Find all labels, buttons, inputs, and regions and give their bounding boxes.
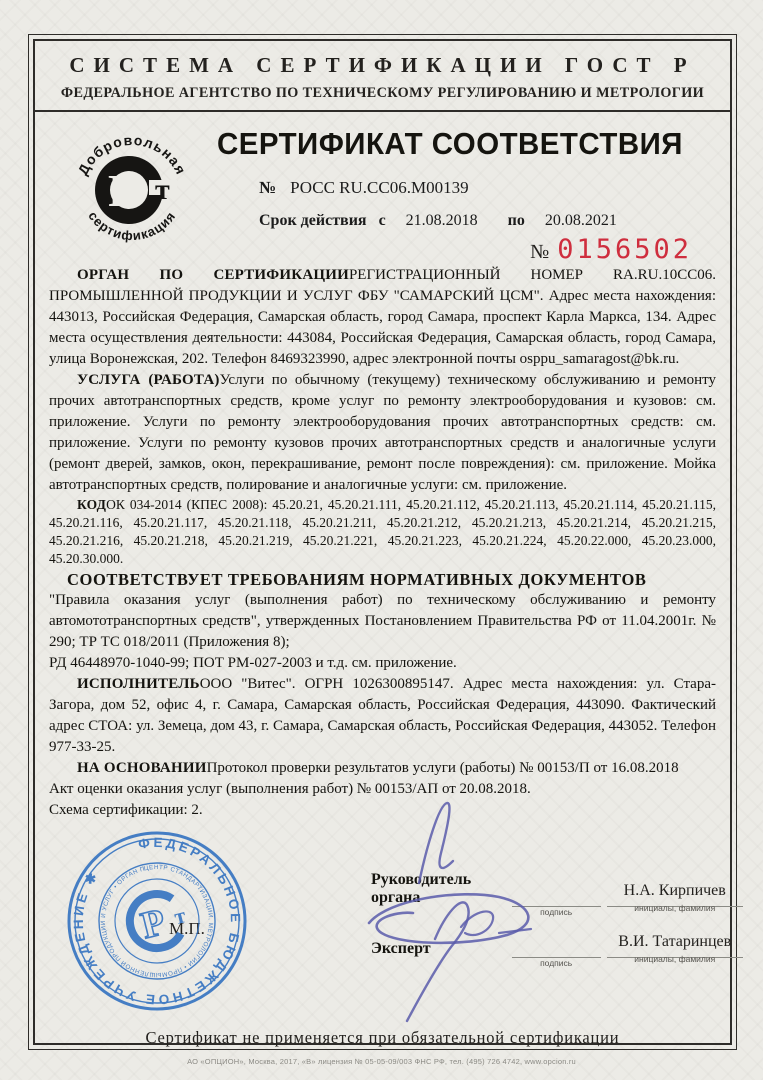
blank-number-sign: № <box>530 241 549 263</box>
service-paragraph: УСЛУГА (РАБОТА)Услуги по обычному (текущ… <box>49 370 716 496</box>
validity-line: Срок действия с 21.08.2018 по 20.08.2021 <box>259 212 716 230</box>
compliance-heading: СООТВЕТСТВУЕТ ТРЕБОВАНИЯМ НОРМАТИВНЫХ ДО… <box>67 570 716 590</box>
head-name: Н.А. Кирпичев инициалы, фамилия <box>607 882 744 907</box>
logo-letter-t: т <box>155 173 170 206</box>
usluga-lead: УСЛУГА (РАБОТА) <box>77 372 220 388</box>
agency-title: ФЕДЕРАЛЬНОЕ АГЕНТСТВО ПО ТЕХНИЧЕСКОМУ РЕ… <box>52 85 714 102</box>
stamp-center-letter-t: т <box>172 902 189 929</box>
basis-paragraph: НА ОСНОВАНИИПротокол проверки результато… <box>49 758 716 821</box>
certificate-frame: СИСТЕМА СЕРТИФИКАЦИИ ГОСТ Р ФЕДЕРАЛЬНОЕ … <box>28 34 737 1050</box>
ispolnitel-lead: ИСПОЛНИТЕЛЬ <box>77 676 200 692</box>
signature-zone: М.П. ФЕДЕРАЛЬНОЕ БЮДЖЕТНОЕ УЧРЕЖДЕНИЕ ✱ <box>49 833 716 1018</box>
certificate-page: { "header": { "line1": "СИСТЕМА СЕРТИФИК… <box>0 0 763 1080</box>
osnovanie-line-1: НА ОСНОВАНИИПротокол проверки результато… <box>49 758 716 779</box>
usluga-text: Услуги по обычному (текущему) техническо… <box>49 372 716 493</box>
validity-to-label: по <box>508 212 525 229</box>
kod-text: ОК 034-2014 (КПЕС 2008): 45.20.21, 45.20… <box>49 497 716 566</box>
organ-lead: ОРГАН ПО СЕРТИФИКАЦИИ <box>77 267 349 283</box>
certificate-number-line: №РОСС RU.CC06.M00139 <box>259 178 716 198</box>
head-signature-line: подпись <box>512 886 601 907</box>
blank-number-line: №0156502 <box>49 234 692 265</box>
number-sign: № <box>259 178 276 197</box>
validity-from-date: 21.08.2018 <box>406 212 478 229</box>
compliance-line-2: РД 46448970-1040-99; ПОТ РМ-027-2003 и т… <box>49 653 716 674</box>
stamp-inner-ring-text: ЦЕНТР СТАНДАРТИЗАЦИИ, МЕТРОЛОГИИ • ПРОМЫ… <box>36 805 226 1001</box>
system-title: СИСТЕМА СЕРТИФИКАЦИИ ГОСТ Р <box>45 53 720 78</box>
executor-paragraph: ИСПОЛНИТЕЛЬООО "Витес". ОГРН 10263008951… <box>49 674 716 758</box>
head-signature-row: Руководитель органа подпись Н.А. Кирпиче… <box>371 871 743 907</box>
certification-body-paragraph: ОРГАН ПО СЕРТИФИКАЦИИРЕГИСТРАЦИОННЫЙ НОМ… <box>49 265 716 370</box>
head-role-label: Руководитель органа <box>371 871 506 907</box>
validity-label: Срок действия <box>259 212 367 229</box>
osnovanie-lead: НА ОСНОВАНИИ <box>77 760 207 776</box>
compliance-line-1: "Правила оказания услуг (выполнения рабо… <box>49 590 716 653</box>
expert-name-text: В.И. Татаринцев <box>618 933 731 950</box>
head-name-sublabel: инициалы, фамилия <box>607 903 744 913</box>
logo-letter-r: Р <box>108 165 136 216</box>
expert-name-sublabel: инициалы, фамилия <box>607 954 744 964</box>
expert-signature-line: подпись <box>512 937 601 958</box>
signature-block: Руководитель органа подпись Н.А. Кирпиче… <box>371 871 743 984</box>
official-stamp: ФЕДЕРАЛЬНОЕ БЮДЖЕТНОЕ УЧРЕЖДЕНИЕ ✱ ЦЕНТР… <box>57 821 257 1021</box>
certificate-inner-frame: СИСТЕМА СЕРТИФИКАЦИИ ГОСТ Р ФЕДЕРАЛЬНОЕ … <box>33 39 732 1045</box>
code-paragraph: КОДОК 034-2014 (КПЕС 2008): 45.20.21, 45… <box>49 496 716 568</box>
certificate-title: СЕРТИФИКАТ СООТВЕТСТВИЯ <box>217 126 691 162</box>
certificate-body: Добровольная сертификация Р т СЕРТИФИКАТ… <box>35 112 730 1048</box>
osnovanie-line-2: Акт оценки оказания услуг (выполнения ра… <box>49 779 716 800</box>
bottom-note: Сертификат не применяется при обязательн… <box>49 1028 716 1048</box>
head-signature-sublabel: подпись <box>512 907 601 917</box>
kod-lead: КОД <box>77 497 106 512</box>
blue-round-stamp-icon: ФЕДЕРАЛЬНОЕ БЮДЖЕТНОЕ УЧРЕЖДЕНИЕ ✱ ЦЕНТР… <box>36 800 278 1042</box>
printer-footer: АО «ОПЦИОН», Москва, 2017, «В» лицензия … <box>0 1057 763 1066</box>
certificate-header: СИСТЕМА СЕРТИФИКАЦИИ ГОСТ Р ФЕДЕРАЛЬНОЕ … <box>35 41 730 112</box>
blank-number-value: 0156502 <box>557 234 692 265</box>
title-row: Добровольная сертификация Р т СЕРТИФИКАТ… <box>49 126 716 265</box>
expert-signature-sublabel: подпись <box>512 958 601 968</box>
svg-text:ЦЕНТР СТАНДАРТИЗАЦИИ, МЕТРОЛОГ: ЦЕНТР СТАНДАРТИЗАЦИИ, МЕТРОЛОГИИ • ПРОМЫ… <box>36 805 226 1001</box>
expert-signature-row: Эксперт подпись В.И. Татаринцев инициалы… <box>371 933 743 958</box>
expert-name: В.И. Татаринцев инициалы, фамилия <box>607 933 744 958</box>
normative-documents-paragraph: "Правила оказания услуг (выполнения рабо… <box>49 590 716 674</box>
validity-to-date: 20.08.2021 <box>545 212 617 229</box>
validity-from-label: с <box>379 212 386 229</box>
certificate-number: РОСС RU.CC06.M00139 <box>290 178 468 197</box>
osnovanie-line-3: Схема сертификации: 2. <box>49 800 716 821</box>
expert-role-label: Эксперт <box>371 940 506 958</box>
rst-voluntary-certification-logo-icon: Добровольная сертификация Р т <box>67 130 197 246</box>
head-name-text: Н.А. Кирпичев <box>624 882 726 899</box>
osnovanie-text-1: Протокол проверки результатов услуги (ра… <box>207 760 679 776</box>
